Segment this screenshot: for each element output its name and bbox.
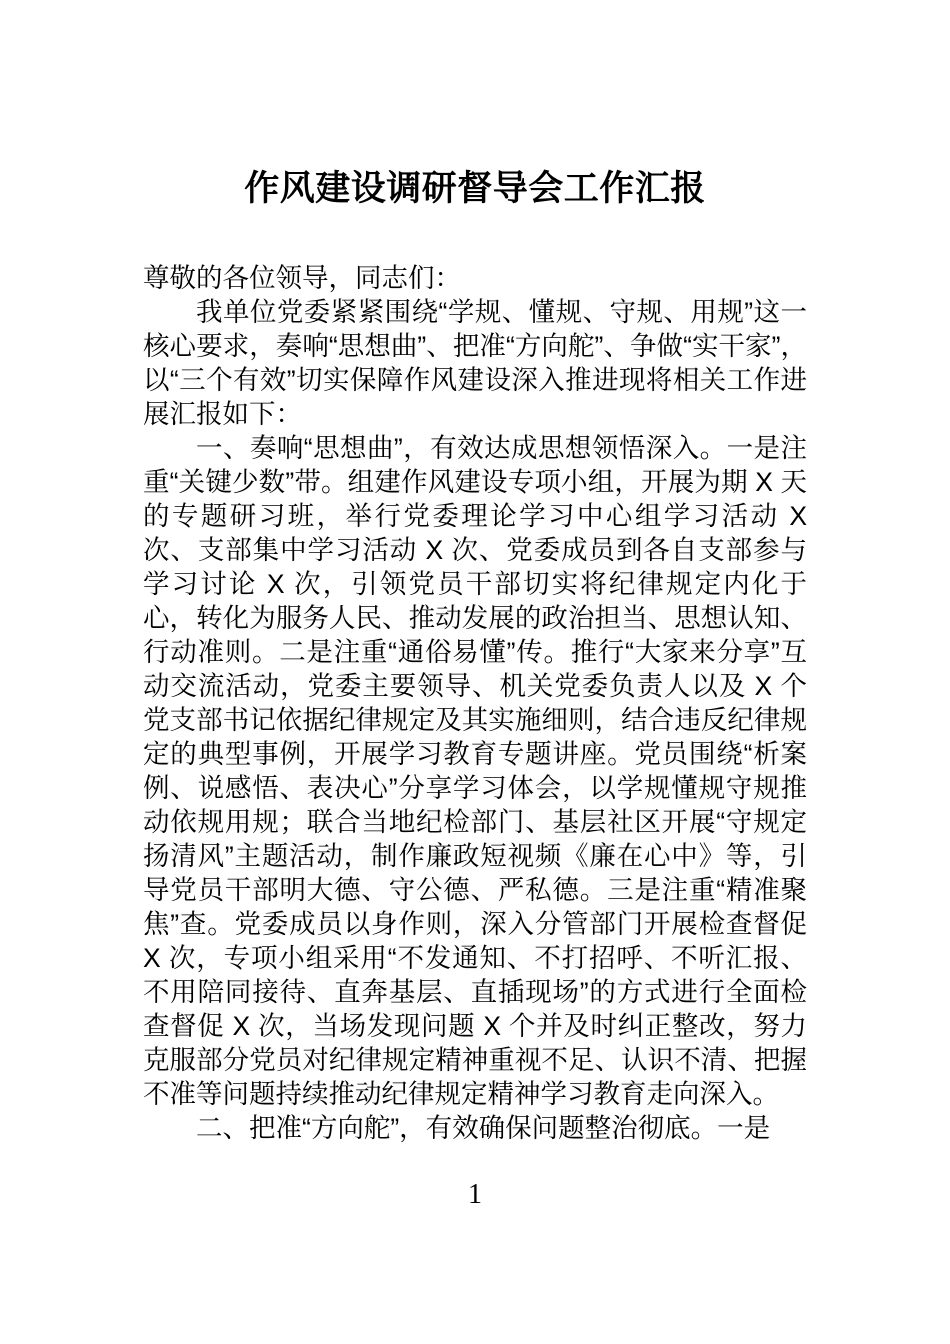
paragraph-section-two: 二、把准“方向舵”，有效确保问题整治彻底。一是 — [143, 1111, 807, 1145]
page-title: 作风建设调研督导会工作汇报 — [0, 166, 950, 212]
page-number: 1 — [0, 1178, 950, 1212]
salutation-line: 尊敬的各位领导，同志们： — [143, 261, 807, 295]
paragraph-section-one: 一、奏响“思想曲”，有效达成思想领悟深入。一是注重“关键少数”带。组建作风建设专… — [143, 431, 807, 1111]
paragraph-intro: 我单位党委紧紧围绕“学规、懂规、守规、用规”这一核心要求，奏响“思想曲”、把准“… — [143, 295, 807, 431]
document-body: 尊敬的各位领导，同志们： 我单位党委紧紧围绕“学规、懂规、守规、用规”这一核心要… — [143, 261, 807, 1145]
document-page: 作风建设调研督导会工作汇报 尊敬的各位领导，同志们： 我单位党委紧紧围绕“学规、… — [0, 0, 950, 1344]
